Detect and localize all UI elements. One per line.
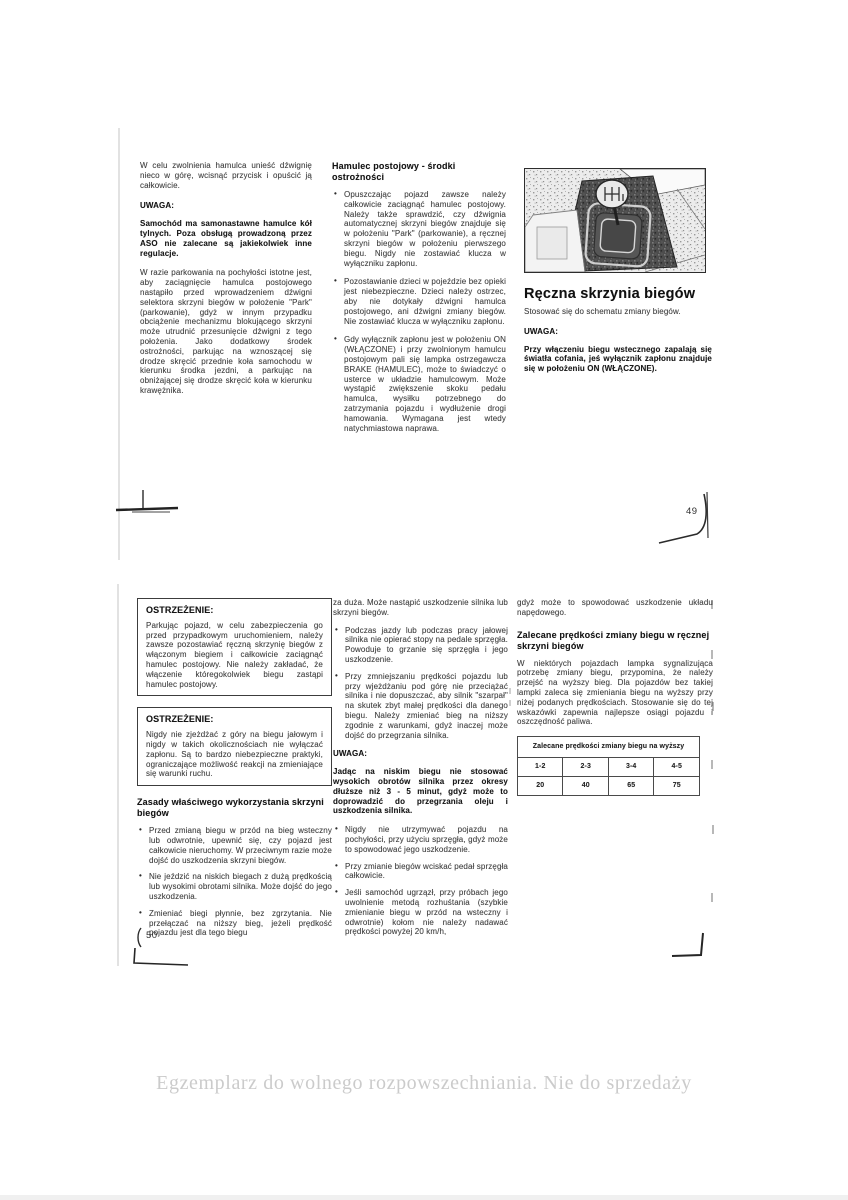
table-cell: 4-5 bbox=[654, 757, 700, 776]
warning-box-1: OSTRZEŻENIE: Parkując pojazd, w celu zab… bbox=[137, 598, 332, 696]
warning-label: OSTRZEŻENIE: bbox=[146, 715, 323, 725]
table-cell: 40 bbox=[563, 776, 608, 795]
paragraph: Stosować się do schematu zmiany biegów. bbox=[524, 307, 712, 317]
gear-change-speed-table: Zalecane prędkości zmiany biegu na wyższ… bbox=[517, 736, 700, 795]
bullet-list: Opuszczając pojazd zawsze należy całkowi… bbox=[332, 190, 506, 433]
paragraph: W celu zwolnienia hamulca unieść dźwigni… bbox=[140, 161, 312, 190]
distribution-watermark: Egzemplarz do wolnego rozpowszechniania.… bbox=[0, 1072, 848, 1095]
scan-dash bbox=[712, 825, 714, 834]
section-heading: Zalecane prędkości zmiany biegu w ręczne… bbox=[517, 630, 713, 652]
paragraph: W razie parkowania na pochyłości istotne… bbox=[140, 268, 312, 395]
list-item: Podczas jazdy lub podczas pracy jałowej … bbox=[333, 626, 508, 665]
list-item: Opuszczając pojazd zawsze należy całkowi… bbox=[332, 190, 506, 268]
continuation-text: gdyż może to spowodować uszkodzenie ukła… bbox=[517, 598, 713, 618]
uwaga-label: UWAGA: bbox=[524, 327, 712, 337]
corner-fold-mark-bottom-left-49 bbox=[112, 486, 192, 522]
table-row-speeds: 20 40 65 75 bbox=[518, 776, 700, 795]
bullet-list: Nigdy nie utrzymywać pojazdu na pochyłoś… bbox=[333, 825, 508, 937]
list-item: Jeśli samochód ugrzązł, przy próbach jeg… bbox=[333, 888, 508, 937]
paragraph: W niektórych pojazdach lampka sygnalizuj… bbox=[517, 659, 713, 728]
page49-column-left: W celu zwolnienia hamulca unieść dźwigni… bbox=[140, 161, 312, 404]
bullet-list: Podczas jazdy lub podczas pracy jałowej … bbox=[333, 626, 508, 741]
page-title: Ręczna skrzynia biegów bbox=[524, 286, 712, 302]
corner-fold-mark-bottom-left-50 bbox=[128, 922, 198, 970]
table-cell: 20 bbox=[518, 776, 563, 795]
scan-dash bbox=[509, 688, 511, 694]
list-item: Nigdy nie utrzymywać pojazdu na pochyłoś… bbox=[333, 825, 508, 854]
corner-fold-mark-bottom-right-49 bbox=[650, 490, 720, 550]
scan-dash bbox=[711, 893, 713, 902]
warning-text: Parkując pojazd, w celu zabezpieczenia g… bbox=[146, 621, 323, 690]
section-heading: Hamulec postojowy - środki ostrożności bbox=[332, 161, 506, 183]
list-item: Nie jeździć na niskich biegach z dużą pr… bbox=[137, 872, 332, 901]
page49-column-right: Ręczna skrzynia biegów Stosować się do s… bbox=[524, 277, 712, 382]
uwaga-text: Samochód ma samonastawne hamulce kół tyl… bbox=[140, 219, 312, 258]
table-title: Zalecane prędkości zmiany biegu na wyższ… bbox=[518, 737, 700, 758]
uwaga-text: Przy włączeniu biegu wstecznego zapalają… bbox=[524, 345, 712, 374]
warning-label: OSTRZEŻENIE: bbox=[146, 606, 323, 616]
list-item: Gdy wyłącznik zapłonu jest w położeniu O… bbox=[332, 335, 506, 433]
list-item: Pozostawianie dzieci w pojeździe bez opi… bbox=[332, 277, 506, 326]
list-item: Przy zmniejszaniu prędkości pojazdu lub … bbox=[333, 672, 508, 741]
list-item: Przy zmianie biegów wciskać pedał sprzęg… bbox=[333, 862, 508, 882]
scan-dash bbox=[509, 700, 511, 706]
table-cell: 75 bbox=[654, 776, 700, 795]
uwaga-label: UWAGA: bbox=[333, 749, 508, 759]
list-item: Przed zmianą biegu w przód na bieg wstec… bbox=[137, 826, 332, 865]
uwaga-label: UWAGA: bbox=[140, 201, 312, 211]
page50-column-middle: za duża. Może nastąpić uszkodzenie silni… bbox=[333, 598, 508, 945]
gear-shifter-illustration bbox=[525, 169, 705, 272]
warning-box-2: OSTRZEŻENIE: Nigdy nie zjeżdżać z góry n… bbox=[137, 707, 332, 786]
continuation-text: za duża. Może nastąpić uszkodzenie silni… bbox=[333, 598, 508, 618]
table-row-gears: 1-2 2-3 3-4 4-5 bbox=[518, 757, 700, 776]
warning-text: Nigdy nie zjeżdżać z góry na biegu jałow… bbox=[146, 730, 323, 779]
page50-column-right: gdyż może to spowodować uszkodzenie ukła… bbox=[517, 598, 713, 796]
table-cell: 2-3 bbox=[563, 757, 608, 776]
scan-bottom-smudge bbox=[0, 1195, 848, 1200]
table-cell: 65 bbox=[608, 776, 653, 795]
page49-column-middle: Hamulec postojowy - środki ostrożności O… bbox=[332, 161, 506, 441]
uwaga-text: Jadąc na niskim biegu nie stosować wysok… bbox=[333, 767, 508, 816]
section-heading: Zasady właściwego wykorzystania skrzyni … bbox=[137, 797, 332, 819]
page50-left-edge-line bbox=[117, 584, 119, 966]
scanned-manual-spread: { "watermark": "Egzemplarz do wolnego ro… bbox=[0, 0, 848, 1200]
page50-column-left: OSTRZEŻENIE: Parkując pojazd, w celu zab… bbox=[137, 598, 332, 946]
table-cell: 3-4 bbox=[608, 757, 653, 776]
corner-fold-mark-bottom-right-50 bbox=[660, 925, 716, 965]
gear-shifter-photo bbox=[524, 168, 706, 273]
table-cell: 1-2 bbox=[518, 757, 563, 776]
